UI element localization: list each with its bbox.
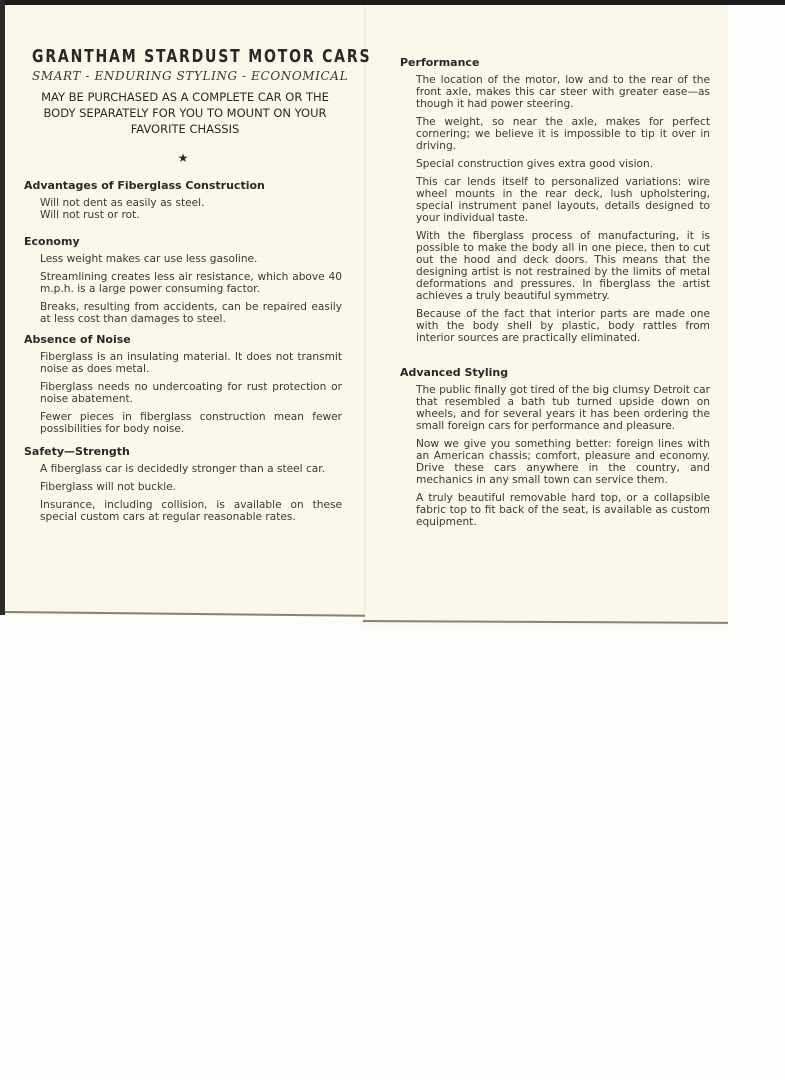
- section-paragraph: This car lends itself to personalized va…: [416, 176, 710, 224]
- section-paragraph: Breaks, resulting from accidents, can be…: [40, 301, 342, 325]
- section-paragraph: Now we give you something better: foreig…: [416, 438, 710, 486]
- section-economy: EconomyLess weight makes car use less ga…: [24, 235, 342, 325]
- center-fold: [364, 5, 366, 625]
- section-heading: Advanced Styling: [400, 366, 710, 379]
- section-heading: Safety—Strength: [24, 445, 342, 458]
- section-paragraph: Fiberglass is an insulating material. It…: [40, 351, 342, 375]
- section-paragraph: Fiberglass will not buckle.: [40, 481, 342, 493]
- brochure-title: GRANTHAM STARDUST MOTOR CARS: [32, 46, 274, 67]
- section-paragraph: Special construction gives extra good vi…: [416, 158, 710, 170]
- section-paragraph: With the fiberglass process of manufactu…: [416, 230, 710, 302]
- section-paragraph: Will not dent as easily as steel.: [40, 197, 342, 209]
- section-paragraph: Because of the fact that interior parts …: [416, 308, 710, 344]
- section-heading: Advantages of Fiberglass Construction: [24, 179, 342, 192]
- section-paragraph: The location of the motor, low and to th…: [416, 74, 710, 110]
- section-paragraph: Less weight makes car use less gasoline.: [40, 253, 342, 265]
- brochure-subtitle: MAY BE PURCHASED AS A COMPLETE CAR OR TH…: [28, 89, 342, 137]
- left-column: GRANTHAM STARDUST MOTOR CARS SMART - END…: [24, 46, 342, 529]
- section-paragraph: Will not rust or rot.: [40, 209, 342, 221]
- section-safety-strength: Safety—StrengthA fiberglass car is decid…: [24, 445, 342, 523]
- section-paragraph: A truly beautiful removable hard top, or…: [416, 492, 710, 528]
- section-paragraph: Streamlining creates less air resistance…: [40, 271, 342, 295]
- section-paragraph: Fewer pieces in fiberglass construction …: [40, 411, 342, 435]
- section-absence-of-noise: Absence of NoiseFiberglass is an insulat…: [24, 333, 342, 435]
- section-heading: Performance: [400, 56, 710, 69]
- brochure-tagline: SMART - ENDURING STYLING - ECONOMICAL: [32, 69, 342, 83]
- section-heading: Absence of Noise: [24, 333, 342, 346]
- section-paragraph: A fiberglass car is decidedly stronger t…: [40, 463, 342, 475]
- section-paragraph: The weight, so near the axle, makes for …: [416, 116, 710, 152]
- section-performance: PerformanceThe location of the motor, lo…: [400, 56, 710, 344]
- section-paragraph: Insurance, including collision, is avail…: [40, 499, 342, 523]
- left-sections: Advantages of Fiberglass ConstructionWil…: [24, 179, 342, 523]
- section-paragraph: The public finally got tired of the big …: [416, 384, 710, 432]
- section-advantages-of-fiberglass-construction: Advantages of Fiberglass ConstructionWil…: [24, 179, 342, 221]
- right-column: PerformanceThe location of the motor, lo…: [400, 56, 710, 534]
- star-icon: ★: [24, 151, 342, 165]
- section-heading: Economy: [24, 235, 342, 248]
- section-advanced-styling: Advanced StylingThe public finally got t…: [400, 366, 710, 528]
- right-sections: PerformanceThe location of the motor, lo…: [400, 56, 710, 528]
- section-paragraph: Fiberglass needs no undercoating for rus…: [40, 381, 342, 405]
